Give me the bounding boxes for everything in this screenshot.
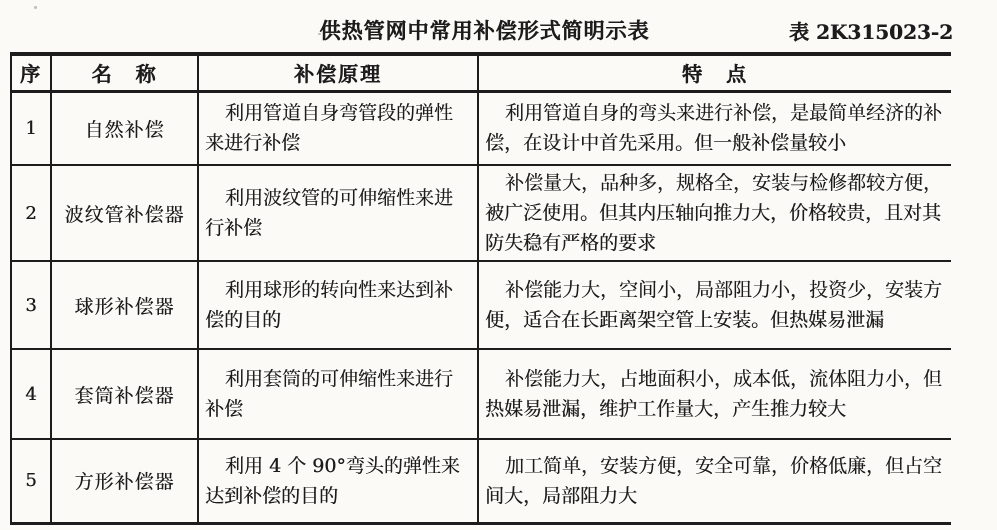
- header-cell-name: 名 称: [51, 54, 198, 91]
- table-header-row: 序 名 称 补偿原理 特 点: [11, 54, 951, 91]
- compensation-forms-table: 序 名 称 补偿原理 特 点 1 自然补偿 利用管道自身弯管段的弹性来进行补偿 …: [10, 52, 951, 525]
- cell-features: 补偿能力大，占地面积小，成本低，流体阻力小，但热媒易泄漏，维护工作量大，产生推力…: [478, 349, 951, 439]
- cell-seq: 3: [11, 261, 51, 349]
- cell-name: 套筒补偿器: [51, 349, 198, 439]
- table-row: 2 波纹管补偿器 利用波纹管的可伸缩性来进行补偿 补偿量大，品种多，规格全，安装…: [11, 165, 951, 261]
- header-cell-principle: 补偿原理: [198, 54, 478, 91]
- table-row: 3 球形补偿器 利用球形的转向性来达到补偿的目的 补偿能力大，空间小，局部阻力小…: [11, 261, 951, 349]
- table-caption-row: 供热管网中常用补偿形式简明示表 表 2K315023-2: [0, 15, 997, 47]
- cell-principle: 利用套筒的可伸缩性来进行补偿: [198, 349, 478, 439]
- cell-principle: 利用波纹管的可伸缩性来进行补偿: [198, 165, 478, 261]
- cell-features: 加工简单，安装方便，安全可靠，价格低廉，但占空间大，局部阻力大: [478, 439, 951, 523]
- scan-speck: [34, 6, 37, 9]
- table-row: 1 自然补偿 利用管道自身弯管段的弹性来进行补偿 利用管道自身的弯头来进行补偿，…: [11, 91, 951, 165]
- cell-seq: 5: [11, 439, 51, 523]
- cell-name: 方形补偿器: [51, 439, 198, 523]
- cell-seq: 1: [11, 91, 51, 165]
- header-cell-seq: 序: [11, 54, 51, 91]
- cell-name: 自然补偿: [51, 91, 198, 165]
- cell-principle: 利用球形的转向性来达到补偿的目的: [198, 261, 478, 349]
- table-number-label: 表 2K315023-2: [789, 16, 953, 45]
- cell-features: 补偿量大，品种多，规格全，安装与检修都较方便，被广泛使用。但其内压轴向推力大，价…: [478, 165, 951, 261]
- cell-principle: 利用 4 个 90°弯头的弹性来达到补偿的目的: [198, 439, 478, 523]
- cell-principle: 利用管道自身弯管段的弹性来进行补偿: [198, 91, 478, 165]
- table-row: 5 方形补偿器 利用 4 个 90°弯头的弹性来达到补偿的目的 加工简单，安装方…: [11, 439, 951, 523]
- cell-features: 利用管道自身的弯头来进行补偿，是最简单经济的补偿，在设计中首先采用。但一般补偿量…: [478, 91, 951, 165]
- cell-name: 波纹管补偿器: [51, 165, 198, 261]
- scanned-document: { "page": { "title": "供热管网中常用补偿形式简明示表", …: [0, 0, 997, 530]
- cell-features: 补偿能力大，空间小，局部阻力小，投资少，安装方便，适合在长距离架空管上安装。但热…: [478, 261, 951, 349]
- cell-seq: 2: [11, 165, 51, 261]
- table-row: 4 套筒补偿器 利用套筒的可伸缩性来进行补偿 补偿能力大，占地面积小，成本低，流…: [11, 349, 951, 439]
- page-title: 供热管网中常用补偿形式简明示表: [320, 15, 650, 45]
- cell-name: 球形补偿器: [51, 261, 198, 349]
- cell-seq: 4: [11, 349, 51, 439]
- header-cell-features: 特 点: [478, 54, 951, 91]
